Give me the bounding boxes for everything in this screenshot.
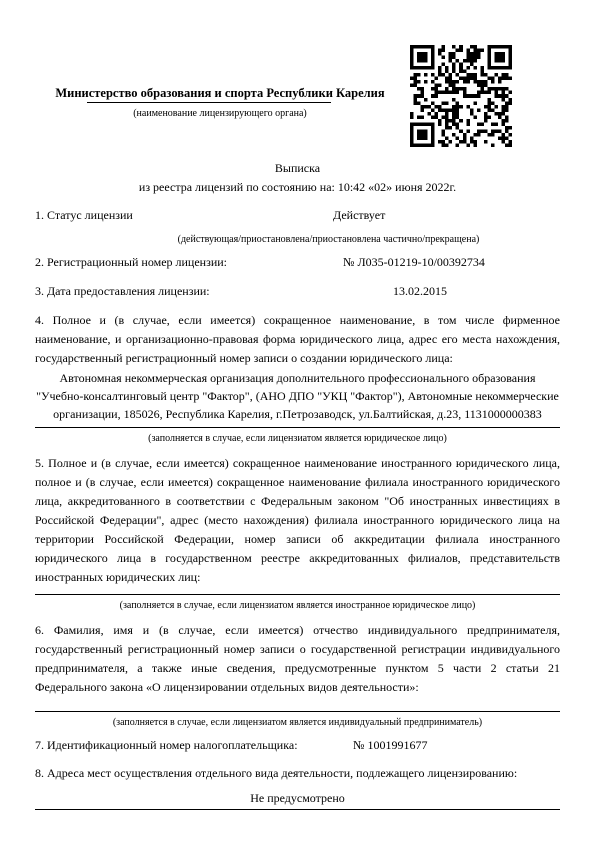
- field-reg-number-value: № Л035-01219-10/00392734: [343, 253, 485, 272]
- qr-code-image: [410, 45, 512, 147]
- field-inn-value: № 1001991677: [353, 736, 427, 755]
- field-entrepreneur-label: 6. Фамилия, имя и (в случае, если имеетс…: [35, 621, 560, 697]
- document-title: Выписка: [35, 160, 560, 176]
- separator-line: [35, 711, 560, 712]
- field-inn-label: 7. Идентификационный номер налогоплатель…: [35, 738, 298, 752]
- field-foreign-entity-caption: (заполняется в случае, если лицензиатом …: [35, 599, 560, 612]
- field-reg-number: 2. Регистрационный номер лицензии: № Л03…: [35, 253, 560, 272]
- field-addresses-label: 8. Адреса мест осуществления отдельного …: [35, 764, 560, 783]
- field-status-label: 1. Статус лицензии: [35, 208, 133, 222]
- authority-underline: [87, 102, 331, 103]
- field-inn: 7. Идентификационный номер налогоплатель…: [35, 736, 560, 755]
- separator-line: [35, 427, 560, 428]
- issuing-authority-name: Министерство образования и спорта Респуб…: [0, 86, 440, 101]
- field-reg-number-label: 2. Регистрационный номер лицензии:: [35, 255, 227, 269]
- document-header: Министерство образования и спорта Респуб…: [0, 86, 440, 120]
- field-status-caption: (действующая/приостановлена/приостановле…: [35, 233, 560, 246]
- issuing-authority-caption: (наименование лицензирующего органа): [0, 108, 440, 120]
- document-subtitle: из реестра лицензий по состоянию на: 10:…: [35, 179, 560, 195]
- field-addresses-value: Не предусмотрено: [35, 790, 560, 806]
- field-legal-entity-label: 4. Полное и (в случае, если имеется) сок…: [35, 311, 560, 368]
- separator-line: [35, 809, 560, 810]
- field-foreign-entity-label: 5. Полное и (в случае, если имеется) сок…: [35, 454, 560, 587]
- field-grant-date-label: 3. Дата предоставления лицензии:: [35, 284, 210, 298]
- qr-code: [410, 45, 512, 147]
- license-extract-page: Министерство образования и спорта Респуб…: [0, 0, 595, 842]
- field-status-value: Действует: [333, 206, 385, 225]
- document-body: Выписка из реестра лицензий по состоянию…: [35, 160, 560, 810]
- field-grant-date: 3. Дата предоставления лицензии: 13.02.2…: [35, 282, 560, 301]
- field-grant-date-value: 13.02.2015: [393, 282, 447, 301]
- field-status: 1. Статус лицензии Действует: [35, 206, 560, 225]
- field-legal-entity-caption: (заполняется в случае, если лицензиатом …: [35, 432, 560, 445]
- field-legal-entity-value: Автономная некоммерческая организация до…: [35, 369, 560, 423]
- separator-line: [35, 594, 560, 595]
- field-entrepreneur-caption: (заполняется в случае, если лицензиатом …: [35, 716, 560, 729]
